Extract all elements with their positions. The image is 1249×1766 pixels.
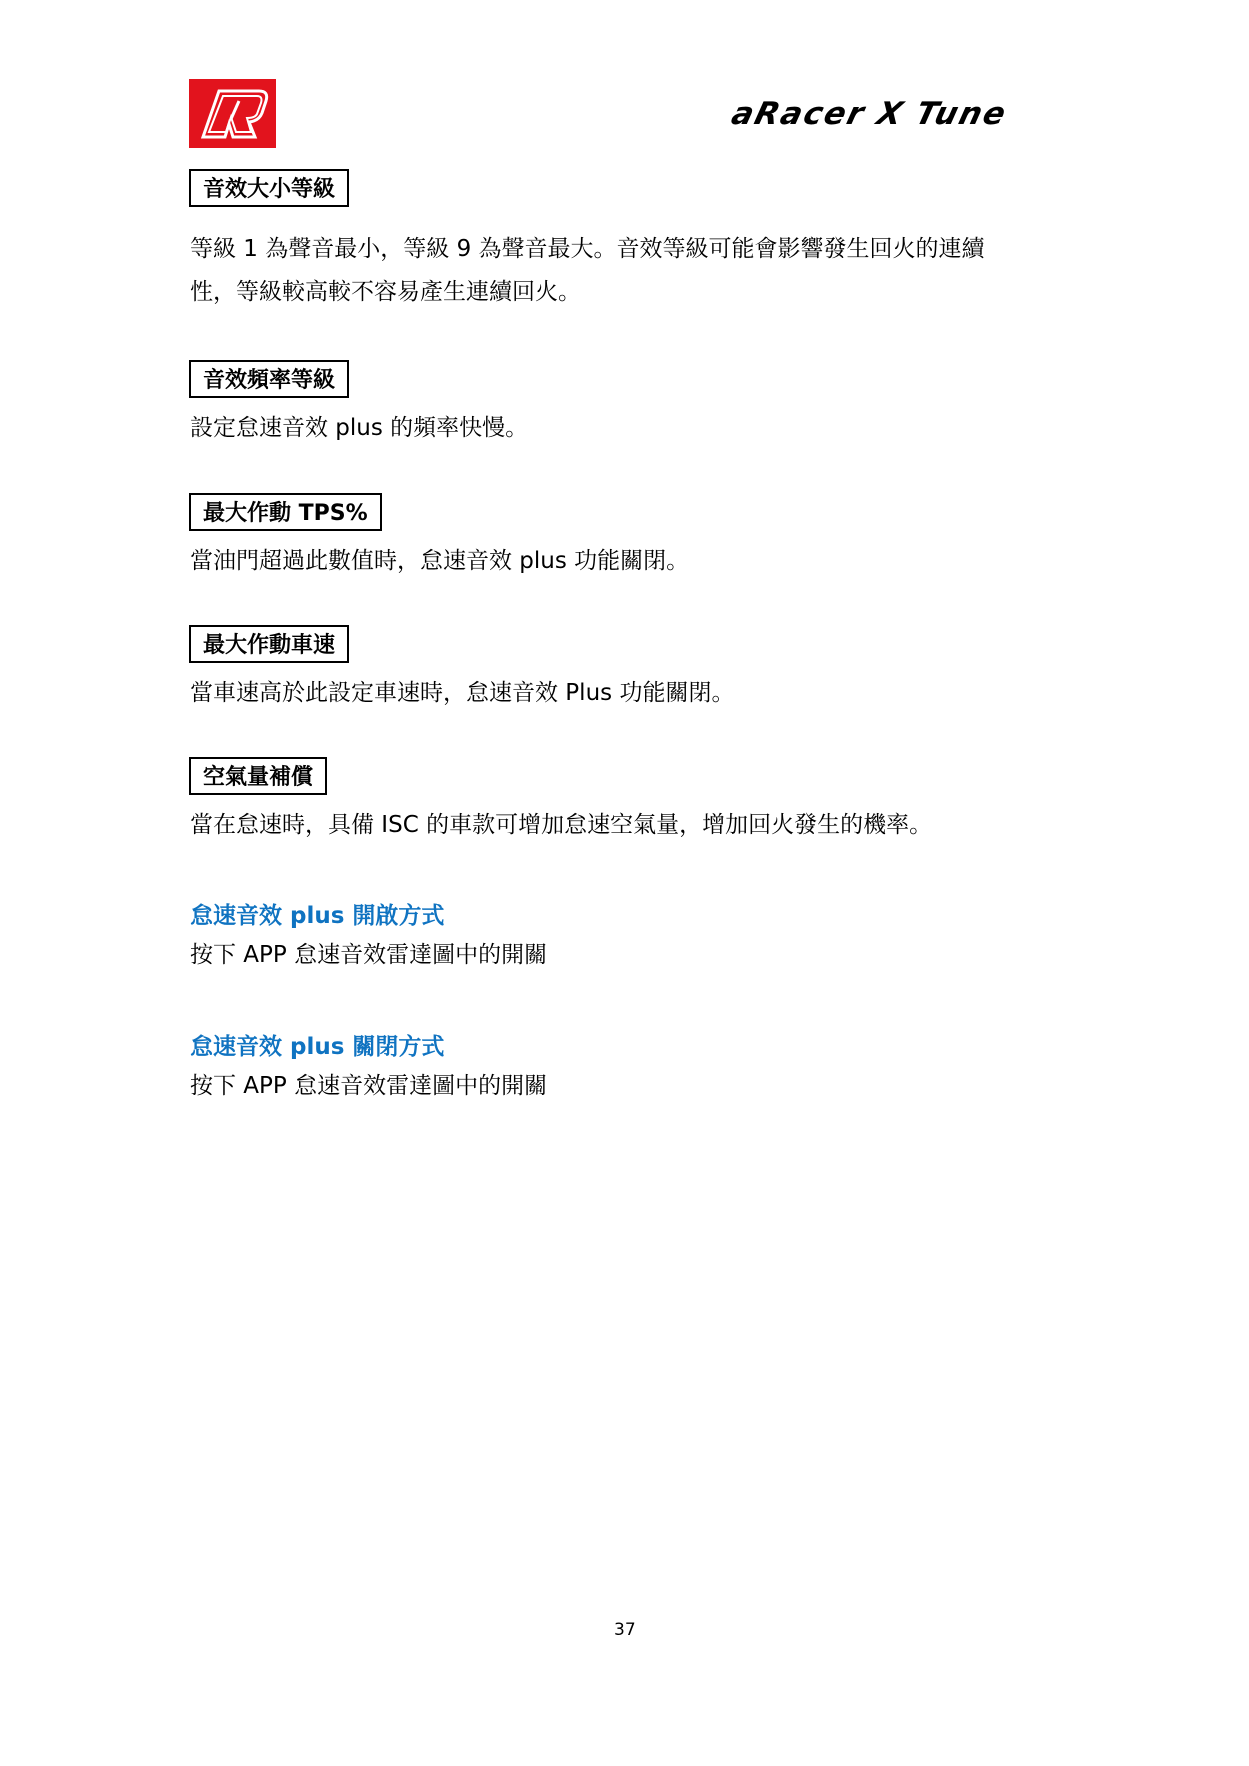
text-disable-method: 按下 APP 怠速音效雷達圖中的開關 — [190, 1065, 1070, 1108]
subheading-disable-method: 怠速音效 plus 關閉方式 — [190, 1028, 444, 1061]
section-heading-max-speed: 最大作動車速 — [189, 625, 349, 663]
r-glyph-icon — [189, 79, 276, 148]
aracer-r-logo-icon — [189, 79, 276, 148]
section-heading-frequency-level: 音效頻率等級 — [189, 360, 349, 398]
section-text-max-tps: 當油門超過此數值時，怠速音效 plus 功能關閉。 — [190, 540, 1070, 583]
section-heading-air-compensation: 空氣量補償 — [189, 757, 327, 795]
subheading-enable-method: 怠速音效 plus 開啟方式 — [190, 897, 444, 930]
section-heading-volume-level: 音效大小等級 — [189, 169, 349, 207]
section-text-volume-level-line2: 性，等級較高較不容易產生連續回火。 — [190, 271, 1070, 314]
text-enable-method: 按下 APP 怠速音效雷達圖中的開關 — [190, 934, 1070, 977]
section-text-max-speed: 當車速高於此設定車速時，怠速音效 Plus 功能關閉。 — [190, 672, 1070, 715]
section-text-air-compensation: 當在怠速時，具備 ISC 的車款可增加怠速空氣量，增加回火發生的機率。 — [190, 804, 1070, 847]
section-text-volume-level-line1: 等級 1 為聲音最小，等級 9 為聲音最大。音效等級可能會影響發生回火的連續 — [190, 228, 1070, 271]
brand-title: aRacer X Tune — [727, 96, 1072, 136]
page-number: 37 — [614, 1620, 636, 1640]
section-text-frequency-level: 設定怠速音效 plus 的頻率快慢。 — [190, 407, 1070, 450]
section-heading-max-tps: 最大作動 TPS% — [189, 493, 382, 531]
